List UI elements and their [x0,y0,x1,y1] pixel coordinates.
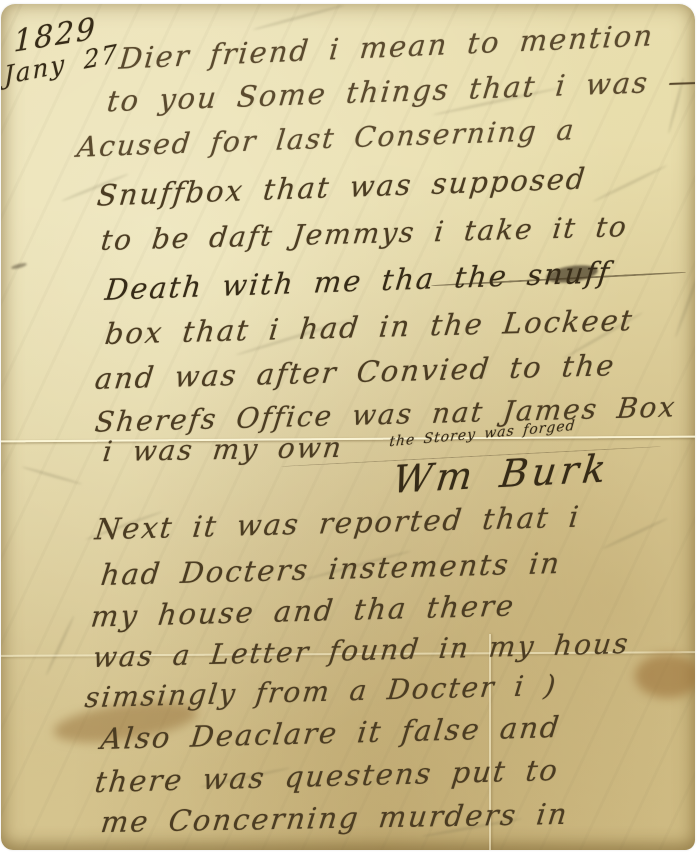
letter-line: Next it was reported that i [93,500,582,547]
letter-line: Snuffbox that was supposed [95,161,588,212]
letter-line: Acused for last Conserning a [75,113,577,164]
letter-page: 1829 Jany 27 Dier friend i mean to menti… [1,4,695,850]
letter-line: and was after Convied to the [93,348,617,396]
letter-line: to be daft Jemmys i take it to [99,210,630,257]
letter-line: i was my own [101,431,345,468]
letter-line: me Concerning murders in [99,797,571,839]
letter-line: Sherefs Office was nat James Box [93,390,678,438]
scanned-letter: 1829 Jany 27 Dier friend i mean to menti… [0,0,700,859]
edge-stain [635,654,695,698]
bleedthrough-mark [674,273,695,338]
letter-line: simsingly from a Docter i ) [83,669,559,714]
letter-line: box that i had in the Lockeet [103,303,635,351]
letter-line: my house and tha there [89,588,517,633]
bleedthrough-mark [602,517,669,550]
letter-line: had Docters instements in [99,546,563,592]
margin-dash-mark [11,262,27,270]
bleedthrough-mark [22,466,82,486]
letter-line: was a Letter found in my hous [91,627,631,674]
name-mention: Wm Burk [390,446,612,502]
bleedthrough-mark [252,4,345,31]
bleedthrough-mark [592,164,667,203]
bleedthrough-mark [45,615,76,676]
